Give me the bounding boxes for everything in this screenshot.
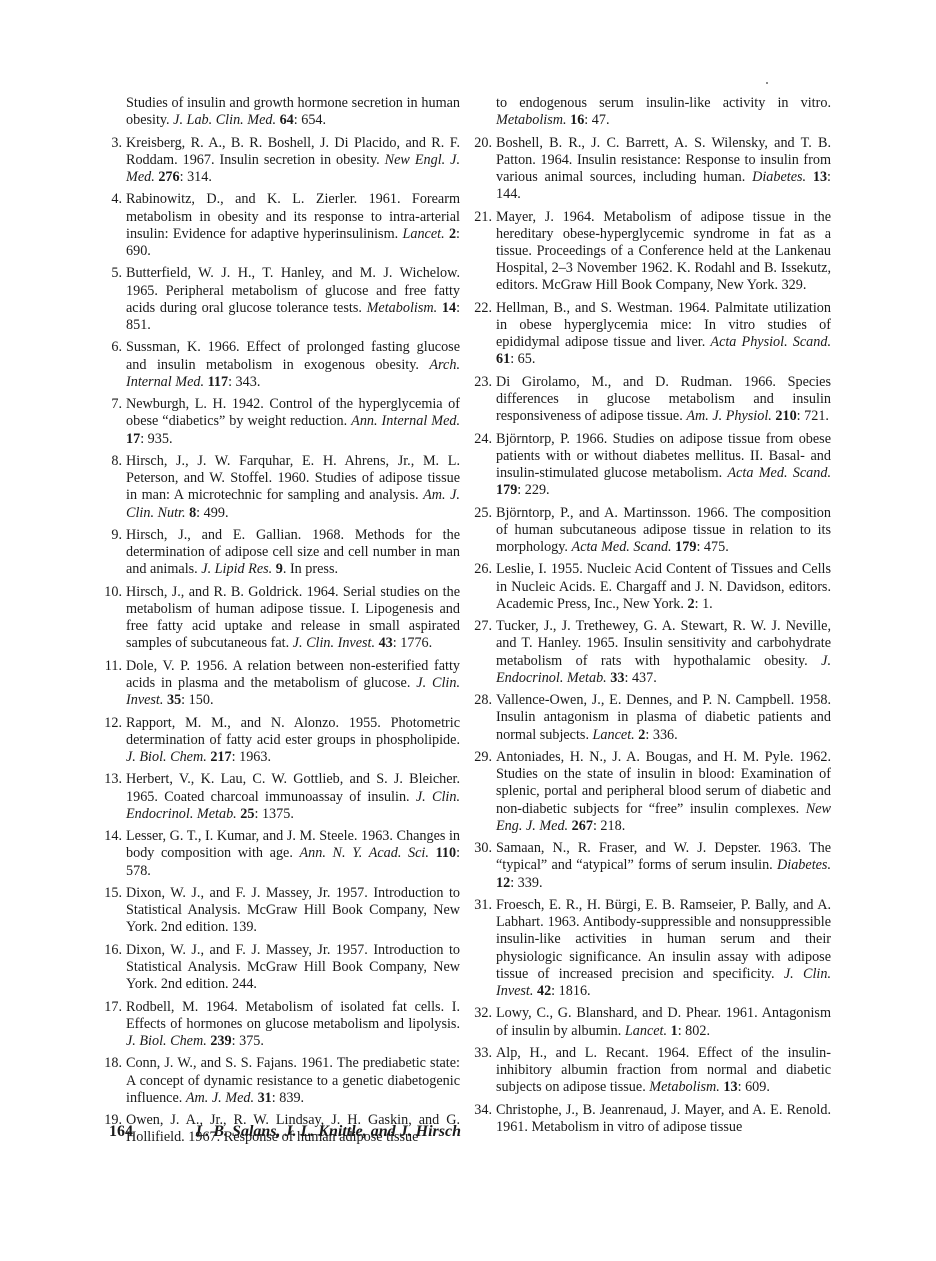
reference-body: Tucker, J., J. Trethewey, G. A. Stewart,…: [496, 618, 831, 668]
reference-number: 14.: [104, 828, 122, 845]
page-range: : 802.: [678, 1023, 710, 1039]
reference-number: 17.: [104, 999, 122, 1016]
reference-body: Christophe, J., B. Jeanrenaud, J. Mayer,…: [496, 1102, 831, 1135]
volume-number: 13: [813, 169, 827, 185]
reference-entry: 15.Dixon, W. J., and F. J. Massey, Jr. 1…: [104, 885, 460, 937]
page-number: 164: [109, 1122, 167, 1142]
journal-name: Ann. Internal Med.: [351, 413, 460, 429]
reference-entry: 29.Antoniades, H. N., J. A. Bougas, and …: [474, 749, 831, 835]
reference-number: 18.: [104, 1055, 122, 1072]
reference-text: Lowy, C., G. Blanshard, and D. Phear. 19…: [496, 1005, 831, 1039]
reference-text: Rabinowitz, D., and K. L. Zierler. 1961.…: [126, 191, 460, 260]
reference-number: 27.: [474, 618, 492, 635]
reference-text: Butterfield, W. J. H., T. Hanley, and M.…: [126, 265, 460, 334]
volume-number: 9: [276, 561, 283, 577]
reference-text: Mayer, J. 1964. Metabolism of adipose ti…: [496, 209, 831, 295]
journal-name: Acta Med. Scand.: [572, 539, 672, 555]
reference-number: 30.: [474, 840, 492, 857]
journal-name: Diabetes.: [752, 169, 806, 185]
volume-number: 179: [675, 539, 696, 555]
reference-text: Antoniades, H. N., J. A. Bougas, and H. …: [496, 749, 831, 835]
reference-body: Antoniades, H. N., J. A. Bougas, and H. …: [496, 749, 831, 817]
reference-number: 7.: [104, 396, 122, 413]
volume-number: 2: [688, 596, 695, 612]
volume-number: 12: [496, 875, 510, 891]
reference-text: Christophe, J., B. Jeanrenaud, J. Mayer,…: [496, 1102, 831, 1136]
reference-body: Froesch, E. R., H. Bürgi, E. B. Ramseier…: [496, 897, 831, 982]
volume-number: 43: [379, 635, 393, 651]
page-range: : 839.: [272, 1090, 304, 1106]
volume-number: 61: [496, 351, 510, 367]
reference-number: 3.: [104, 135, 122, 152]
volume-number: 33: [610, 670, 624, 686]
journal-name: J. Biol. Chem.: [126, 1033, 207, 1049]
reference-entry: 25.Björntorp, P., and A. Martinsson. 196…: [474, 505, 831, 557]
reference-number: 9.: [104, 527, 122, 544]
reference-text: Herbert, V., K. Lau, C. W. Gottlieb, and…: [126, 771, 460, 823]
journal-name: Lancet.: [625, 1023, 667, 1039]
reference-text: Newburgh, L. H. 1942. Control of the hyp…: [126, 396, 460, 448]
reference-number: 6.: [104, 339, 122, 356]
reference-entry: 11.Dole, V. P. 1956. A relation between …: [104, 658, 460, 710]
reference-text: Hellman, B., and S. Westman. 1964. Palmi…: [496, 300, 831, 369]
reference-entry: 13.Herbert, V., K. Lau, C. W. Gottlieb, …: [104, 771, 460, 823]
reference-text: Leslie, I. 1955. Nucleic Acid Content of…: [496, 561, 831, 613]
reference-body: Hirsch, J., J. W. Farquhar, E. H. Ahrens…: [126, 453, 460, 503]
reference-number: 16.: [104, 942, 122, 959]
reference-entry: 27.Tucker, J., J. Trethewey, G. A. Stewa…: [474, 618, 831, 687]
reference-entry: 8.Hirsch, J., J. W. Farquhar, E. H. Ahre…: [104, 453, 460, 522]
reference-body: Mayer, J. 1964. Metabolism of adipose ti…: [496, 209, 831, 294]
page-range: : 1816.: [551, 983, 590, 999]
page-range: : 437.: [624, 670, 656, 686]
journal-name: Lancet.: [593, 727, 635, 743]
reference-text: Rapport, M. M., and N. Alonzo. 1955. Pho…: [126, 715, 460, 767]
volume-number: 210: [775, 408, 796, 424]
journal-name: Acta Physiol. Scand.: [710, 334, 831, 350]
reference-continuation: Studies of insulin and growth hormone se…: [104, 95, 460, 129]
reference-number: 32.: [474, 1005, 492, 1022]
reference-number: 26.: [474, 561, 492, 578]
page-range: : 654.: [294, 112, 326, 128]
page-range: : 499.: [196, 505, 228, 521]
reference-text: Kreisberg, R. A., B. R. Boshell, J. Di P…: [126, 135, 460, 187]
reference-text: Alp, H., and L. Recant. 1964. Effect of …: [496, 1045, 831, 1097]
page-range: : 1375.: [254, 806, 293, 822]
reference-entry: 3.Kreisberg, R. A., B. R. Boshell, J. Di…: [104, 135, 460, 187]
reference-entry: 20.Boshell, B. R., J. C. Barrett, A. S. …: [474, 135, 831, 204]
reference-number: 25.: [474, 505, 492, 522]
reference-entry: 28.Vallence-Owen, J., E. Dennes, and P. …: [474, 692, 831, 744]
page-range: : 935.: [140, 431, 172, 447]
reference-entry: 17.Rodbell, M. 1964. Metabolism of isola…: [104, 999, 460, 1051]
volume-number: 31: [258, 1090, 272, 1106]
reference-text: Björntorp, P. 1966. Studies on adipose t…: [496, 431, 831, 500]
reference-text: Hirsch, J., and R. B. Goldrick. 1964. Se…: [126, 584, 460, 653]
reference-body: Leslie, I. 1955. Nucleic Acid Content of…: [496, 561, 831, 611]
volume-number: 16: [570, 112, 584, 128]
reference-text: Studies of insulin and growth hormone se…: [126, 95, 460, 129]
reference-text: to endogenous serum insulin-like activit…: [496, 95, 831, 129]
reference-body: Sussman, K. 1966. Effect of prolonged fa…: [126, 339, 460, 372]
volume-number: 2: [449, 226, 456, 242]
volume-number: 110: [436, 845, 457, 861]
page-range: : 343.: [228, 374, 260, 390]
volume-number: 217: [210, 749, 231, 765]
page-range: : 314.: [180, 169, 212, 185]
reference-body: Rodbell, M. 1964. Metabolism of isolated…: [126, 999, 460, 1032]
journal-name: J. Clin. Invest.: [293, 635, 375, 651]
journal-name: Am. J. Physiol.: [686, 408, 772, 424]
reference-number: 12.: [104, 715, 122, 732]
page-range: : 1963.: [232, 749, 271, 765]
reference-number: 20.: [474, 135, 492, 152]
page-range: . In press.: [283, 561, 338, 577]
reference-body: Dixon, W. J., and F. J. Massey, Jr. 1957…: [126, 885, 460, 935]
reference-entry: 23.Di Girolamo, M., and D. Rudman. 1966.…: [474, 374, 831, 426]
reference-number: 11.: [104, 658, 122, 675]
reference-text: Dole, V. P. 1956. A relation between non…: [126, 658, 460, 710]
reference-entry: 31.Froesch, E. R., H. Bürgi, E. B. Ramse…: [474, 897, 831, 1000]
reference-entry: 33.Alp, H., and L. Recant. 1964. Effect …: [474, 1045, 831, 1097]
references-left-column: Studies of insulin and growth hormone se…: [104, 95, 460, 1152]
reference-continuation: to endogenous serum insulin-like activit…: [474, 95, 831, 129]
page-range: : 218.: [593, 818, 625, 834]
page-range: : 375.: [232, 1033, 264, 1049]
running-head-authors: L. B. Salans, J. L. Knittle, and J. Hirs…: [167, 1122, 461, 1142]
journal-name: J. Biol. Chem.: [126, 749, 207, 765]
reference-entry: 10.Hirsch, J., and R. B. Goldrick. 1964.…: [104, 584, 460, 653]
volume-number: 64: [280, 112, 294, 128]
volume-number: 117: [208, 374, 229, 390]
volume-number: 17: [126, 431, 140, 447]
reference-body: to endogenous serum insulin-like activit…: [496, 95, 831, 111]
reference-entry: 18.Conn, J. W., and S. S. Fajans. 1961. …: [104, 1055, 460, 1107]
document-page: Studies of insulin and growth hormone se…: [0, 0, 936, 1261]
page-range: : 336.: [645, 727, 677, 743]
reference-entry: 5.Butterfield, W. J. H., T. Hanley, and …: [104, 265, 460, 334]
page-range: : 47.: [584, 112, 609, 128]
page-range: : 609.: [738, 1079, 770, 1095]
reference-entry: 26.Leslie, I. 1955. Nucleic Acid Content…: [474, 561, 831, 613]
reference-number: 5.: [104, 265, 122, 282]
volume-number: 13: [723, 1079, 737, 1095]
reference-entry: 22.Hellman, B., and S. Westman. 1964. Pa…: [474, 300, 831, 369]
volume-number: 179: [496, 482, 517, 498]
reference-number: 24.: [474, 431, 492, 448]
volume-number: 276: [158, 169, 179, 185]
reference-number: 23.: [474, 374, 492, 391]
reference-entry: 4.Rabinowitz, D., and K. L. Zierler. 196…: [104, 191, 460, 260]
reference-body: Rapport, M. M., and N. Alonzo. 1955. Pho…: [126, 715, 460, 748]
volume-number: 35: [167, 692, 181, 708]
reference-number: 4.: [104, 191, 122, 208]
reference-number: 34.: [474, 1102, 492, 1119]
page-range: : 229.: [517, 482, 549, 498]
reference-number: 31.: [474, 897, 492, 914]
reference-number: 8.: [104, 453, 122, 470]
journal-name: Metabolism.: [649, 1079, 720, 1095]
volume-number: 239: [210, 1033, 231, 1049]
page-range: : 721.: [797, 408, 829, 424]
reference-entry: 7.Newburgh, L. H. 1942. Control of the h…: [104, 396, 460, 448]
journal-name: Lancet.: [402, 226, 444, 242]
reference-text: Lesser, G. T., I. Kumar, and J. M. Steel…: [126, 828, 460, 880]
reference-number: 22.: [474, 300, 492, 317]
volume-number: 14: [442, 300, 456, 316]
volume-number: 42: [537, 983, 551, 999]
references-right-column: to endogenous serum insulin-like activit…: [474, 95, 831, 1141]
reference-text: Di Girolamo, M., and D. Rudman. 1966. Sp…: [496, 374, 831, 426]
volume-number: 25: [240, 806, 254, 822]
reference-text: Samaan, N., R. Fraser, and W. J. Depster…: [496, 840, 831, 892]
page-range: : 65.: [510, 351, 535, 367]
journal-name: Am. J. Med.: [186, 1090, 254, 1106]
reference-entry: 14.Lesser, G. T., I. Kumar, and J. M. St…: [104, 828, 460, 880]
page-range: : 475.: [696, 539, 728, 555]
reference-number: 28.: [474, 692, 492, 709]
page-range: : 1.: [695, 596, 713, 612]
reference-text: Rodbell, M. 1964. Metabolism of isolated…: [126, 999, 460, 1051]
reference-text: Conn, J. W., and S. S. Fajans. 1961. The…: [126, 1055, 460, 1107]
reference-number: 15.: [104, 885, 122, 902]
journal-name: Diabetes.: [777, 857, 831, 873]
page-range: : 339.: [510, 875, 542, 891]
journal-name: J. Lab. Clin. Med.: [173, 112, 276, 128]
reference-body: Herbert, V., K. Lau, C. W. Gottlieb, and…: [126, 771, 460, 804]
reference-entry: 24.Björntorp, P. 1966. Studies on adipos…: [474, 431, 831, 500]
page-footer: 164 L. B. Salans, J. L. Knittle, and J. …: [109, 1122, 461, 1142]
reference-entry: 34.Christophe, J., B. Jeanrenaud, J. May…: [474, 1102, 831, 1136]
reference-entry: 32.Lowy, C., G. Blanshard, and D. Phear.…: [474, 1005, 831, 1039]
reference-entry: 6.Sussman, K. 1966. Effect of prolonged …: [104, 339, 460, 391]
reference-text: Tucker, J., J. Trethewey, G. A. Stewart,…: [496, 618, 831, 687]
reference-number: 10.: [104, 584, 122, 601]
reference-text: Froesch, E. R., H. Bürgi, E. B. Ramseier…: [496, 897, 831, 1000]
reference-number: 21.: [474, 209, 492, 226]
reference-entry: 16.Dixon, W. J., and F. J. Massey, Jr. 1…: [104, 942, 460, 994]
reference-text: Dixon, W. J., and F. J. Massey, Jr. 1957…: [126, 942, 460, 994]
reference-text: Hirsch, J., and E. Gallian. 1968. Method…: [126, 527, 460, 579]
volume-number: 1: [671, 1023, 678, 1039]
reference-body: Dole, V. P. 1956. A relation between non…: [126, 658, 460, 691]
page-range: : 1776.: [393, 635, 432, 651]
journal-name: Ann. N. Y. Acad. Sci.: [300, 845, 429, 861]
reference-number: 33.: [474, 1045, 492, 1062]
journal-name: Metabolism.: [367, 300, 438, 316]
reference-text: Björntorp, P., and A. Martinsson. 1966. …: [496, 505, 831, 557]
reference-text: Hirsch, J., J. W. Farquhar, E. H. Ahrens…: [126, 453, 460, 522]
reference-text: Vallence-Owen, J., E. Dennes, and P. N. …: [496, 692, 831, 744]
reference-entry: 9.Hirsch, J., and E. Gallian. 1968. Meth…: [104, 527, 460, 579]
reference-entry: 12.Rapport, M. M., and N. Alonzo. 1955. …: [104, 715, 460, 767]
scan-speck: [766, 82, 768, 84]
reference-text: Boshell, B. R., J. C. Barrett, A. S. Wil…: [496, 135, 831, 204]
journal-name: Metabolism.: [496, 112, 567, 128]
journal-name: Acta Med. Scand.: [727, 465, 831, 481]
reference-text: Dixon, W. J., and F. J. Massey, Jr. 1957…: [126, 885, 460, 937]
reference-text: Sussman, K. 1966. Effect of prolonged fa…: [126, 339, 460, 391]
volume-number: 267: [572, 818, 593, 834]
reference-body: Dixon, W. J., and F. J. Massey, Jr. 1957…: [126, 942, 460, 992]
page-range: : 150.: [181, 692, 213, 708]
reference-number: 29.: [474, 749, 492, 766]
journal-name: J. Lipid Res.: [201, 561, 272, 577]
reference-entry: 21.Mayer, J. 1964. Metabolism of adipose…: [474, 209, 831, 295]
reference-number: 13.: [104, 771, 122, 788]
reference-entry: 30.Samaan, N., R. Fraser, and W. J. Deps…: [474, 840, 831, 892]
